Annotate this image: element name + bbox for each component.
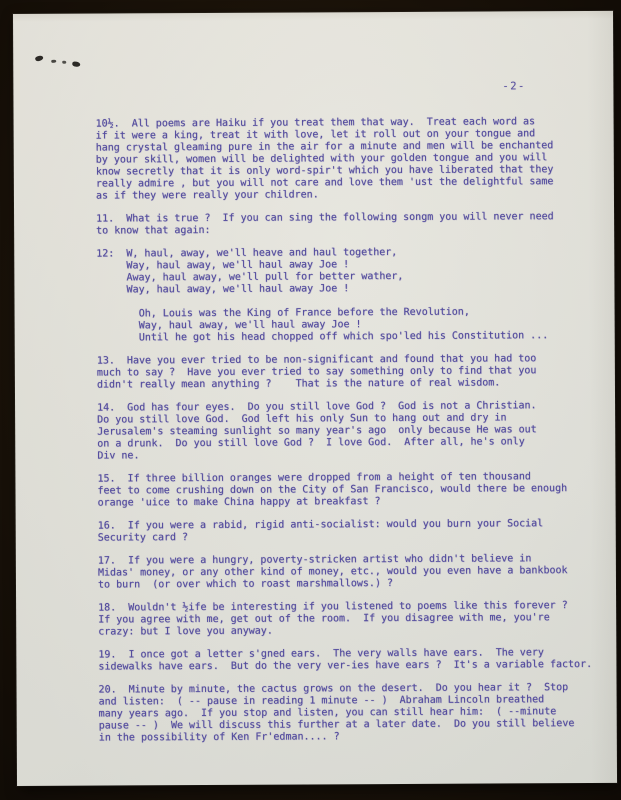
typed-text-body: 10½. All poems are Haiku if you treat th… [96,116,611,756]
typed-item-10-half: 10½. All poems are Haiku if you treat th… [96,116,608,203]
typed-item-19: 19. I once got a letter s'gned ears. The… [98,647,610,674]
typed-item-15: 15. If three billion oranges were droppe… [97,471,609,510]
typewritten-page: -2- 10½. All poems are Haiku if you trea… [13,11,617,786]
pencil-smudge-marks [33,54,103,70]
typed-item-20: 20. Minute by minute, the cactus grows o… [99,682,611,745]
smudge-dot-icon [35,55,44,62]
typed-item-16: 16. If you were a rabid, rigid anti-soci… [98,518,610,545]
typed-item-13: 13. Have you ever tried to be non-signif… [97,353,609,392]
typed-item-11: 11. What is true ? If you can sing the f… [96,211,608,238]
smudge-dot-icon [72,61,80,67]
typed-item-17: 17. If you were a hungry, poverty-strick… [98,553,610,592]
typed-item-14: 14. God has four eyes. Do you still love… [97,400,609,463]
typed-item-12-sea-shanty: 12: W, haul, away, we'll heave and haul … [96,246,608,345]
smudge-dot-icon [51,59,56,63]
scan-backdrop: { "page": { "number": "-2-" }, "colors":… [0,0,621,800]
typed-item-18: 18. Wouldn't ½ife be interesting if you … [98,600,610,639]
smudge-dot-icon [62,61,66,64]
page-number: -2- [502,80,526,92]
